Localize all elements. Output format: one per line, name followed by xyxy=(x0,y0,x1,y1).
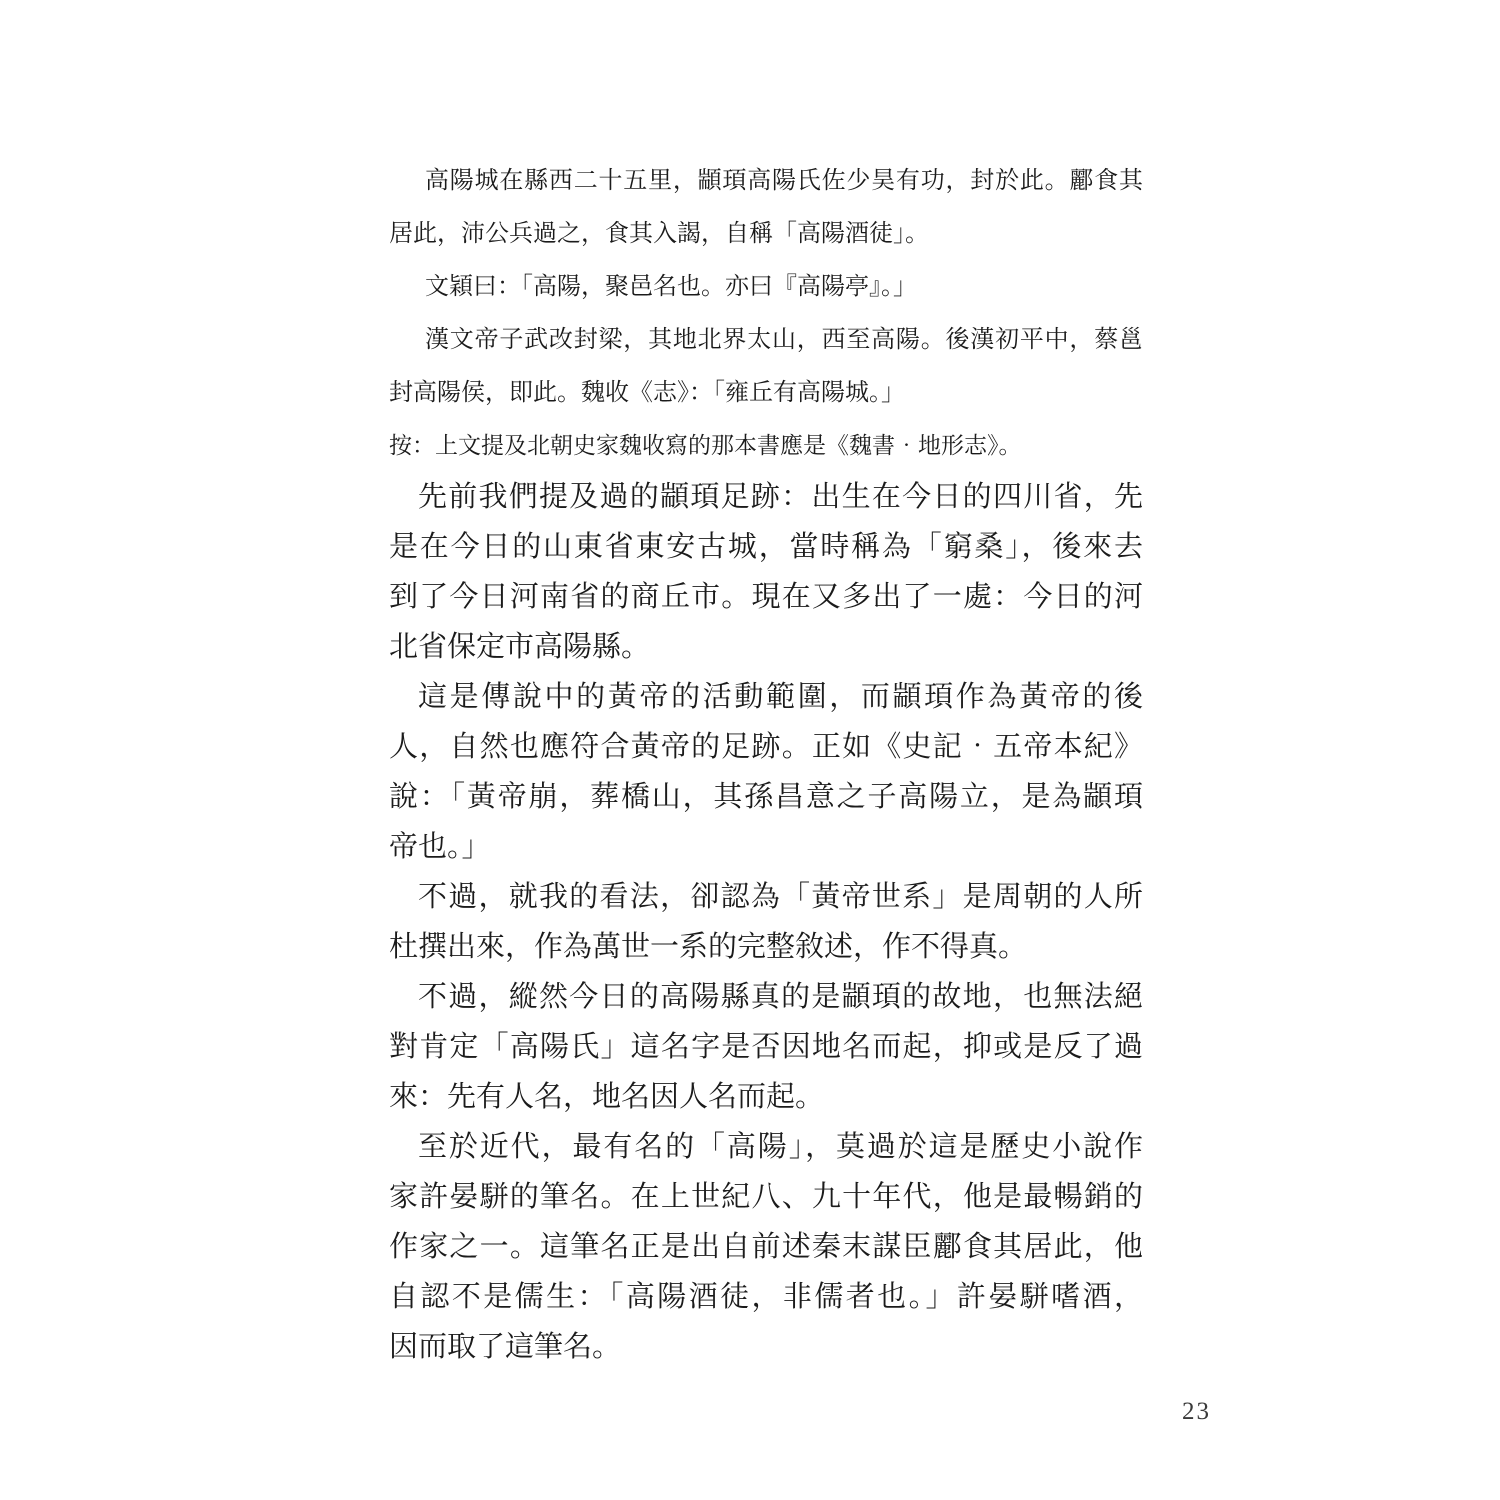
body-line: 說：「黃帝崩，葬橋山，其孫昌意之子高陽立，是為顓頊 xyxy=(389,772,1143,822)
page-number: 23 xyxy=(1182,1398,1211,1426)
body-line: 來：先有人名，地名因人名而起。 xyxy=(389,1072,1143,1122)
annotation-line: 按：上文提及北朝史家魏收寫的那本書應是《魏書‧地形志》。 xyxy=(389,420,1143,472)
body-line: 不過，就我的看法，卻認為「黃帝世系」是周朝的人所 xyxy=(389,872,1143,922)
body-line: 至於近代，最有名的「高陽」，莫過於這是歷史小說作 xyxy=(389,1122,1143,1172)
body-line: 杜撰出來，作為萬世一系的完整敘述，作不得真。 xyxy=(389,922,1143,972)
body-line: 帝也。」 xyxy=(389,822,1143,872)
body-line: 作家之一。這筆名正是出自前述秦末謀臣酈食其居此，他 xyxy=(389,1222,1143,1272)
text-column: 高陽城在縣西二十五里，顓頊高陽氏佐少昊有功，封於此。酈食其 居此，沛公兵過之，食… xyxy=(389,155,1143,1372)
scanned-page: 高陽城在縣西二十五里，顓頊高陽氏佐少昊有功，封於此。酈食其 居此，沛公兵過之，食… xyxy=(0,0,1500,1500)
body-line: 人，自然也應符合黃帝的足跡。正如《史記‧五帝本紀》 xyxy=(389,722,1143,772)
body-line: 不過，縱然今日的高陽縣真的是顓頊的故地，也無法絕 xyxy=(389,972,1143,1022)
body-line: 到了今日河南省的商丘市。現在又多出了一處：今日的河 xyxy=(389,572,1143,622)
body-line: 對肯定「高陽氏」這名字是否因地名而起，抑或是反了過 xyxy=(389,1022,1143,1072)
body-line: 因而取了這筆名。 xyxy=(389,1322,1143,1372)
body-line: 自認不是儒生：「高陽酒徒，非儒者也。」許晏駢嗜酒， xyxy=(389,1272,1143,1322)
body-line: 家許晏駢的筆名。在上世紀八、九十年代，他是最暢銷的 xyxy=(389,1172,1143,1222)
body-line: 是在今日的山東省東安古城，當時稱為「窮桑」，後來去 xyxy=(389,522,1143,572)
body-line: 北省保定市高陽縣。 xyxy=(389,622,1143,672)
quote-line: 居此，沛公兵過之，食其入謁，自稱「高陽酒徒」。 xyxy=(389,208,1143,261)
quote-line: 封高陽侯，即此。魏收《志》：「雍丘有高陽城。」 xyxy=(389,367,1143,420)
quote-line: 高陽城在縣西二十五里，顓頊高陽氏佐少昊有功，封於此。酈食其 xyxy=(389,155,1143,208)
body-line: 先前我們提及過的顓頊足跡：出生在今日的四川省，先 xyxy=(389,472,1143,522)
quote-line: 文穎曰：「高陽，聚邑名也。亦曰『高陽亭』。」 xyxy=(389,261,1143,314)
quote-line: 漢文帝子武改封梁，其地北界太山，西至高陽。後漢初平中，蔡邕 xyxy=(389,314,1143,367)
body-line: 這是傳說中的黃帝的活動範圍，而顓頊作為黃帝的後 xyxy=(389,672,1143,722)
